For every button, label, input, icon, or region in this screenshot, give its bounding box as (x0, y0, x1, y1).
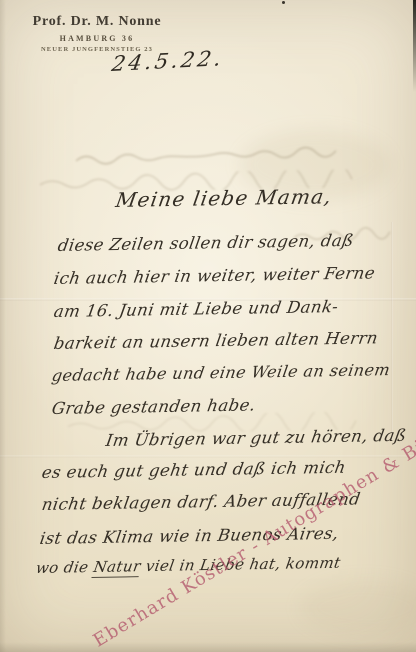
fold-crease (0, 455, 416, 458)
handwriting-line: es euch gut geht und daß ich mich (40, 458, 347, 482)
scan-edge-shadow (0, 0, 6, 652)
fold-crease (391, 222, 393, 440)
handwriting-line: barkeit an unsern lieben alten Herrn (52, 328, 379, 353)
letterhead: Prof. Dr. M. Nonne HAMBURG 36 NEUER JUNG… (30, 14, 164, 53)
underlined-word: Natur (92, 557, 142, 578)
salutation: Meine liebe Mama, (114, 184, 334, 212)
handwriting-line: am 16. Juni mit Liebe und Dank- (52, 297, 339, 321)
paper-speck (282, 1, 285, 4)
scan-edge-shadow (0, 642, 416, 652)
letterhead-name: Prof. Dr. M. Nonne (30, 14, 164, 30)
paper-stain (300, 580, 416, 635)
letterhead-city: HAMBURG 36 (30, 34, 164, 43)
handwriting-line: gedacht habe und eine Weile an seinem (50, 360, 391, 385)
handwriting-fragment: wo die (35, 558, 96, 577)
handwriting-line: diese Zeilen sollen dir sagen, daß (56, 231, 355, 255)
handwriting-line: ich auch hier in weiter, weiter Ferne (52, 263, 376, 288)
handwriting-line: Im Übrigen war gut zu hören, daß (104, 426, 407, 450)
handwritten-date: 24.5.22. (110, 46, 226, 76)
letter-page: Prof. Dr. M. Nonne HAMBURG 36 NEUER JUNG… (0, 0, 416, 652)
handwriting-line: Grabe gestanden habe. (50, 395, 257, 418)
